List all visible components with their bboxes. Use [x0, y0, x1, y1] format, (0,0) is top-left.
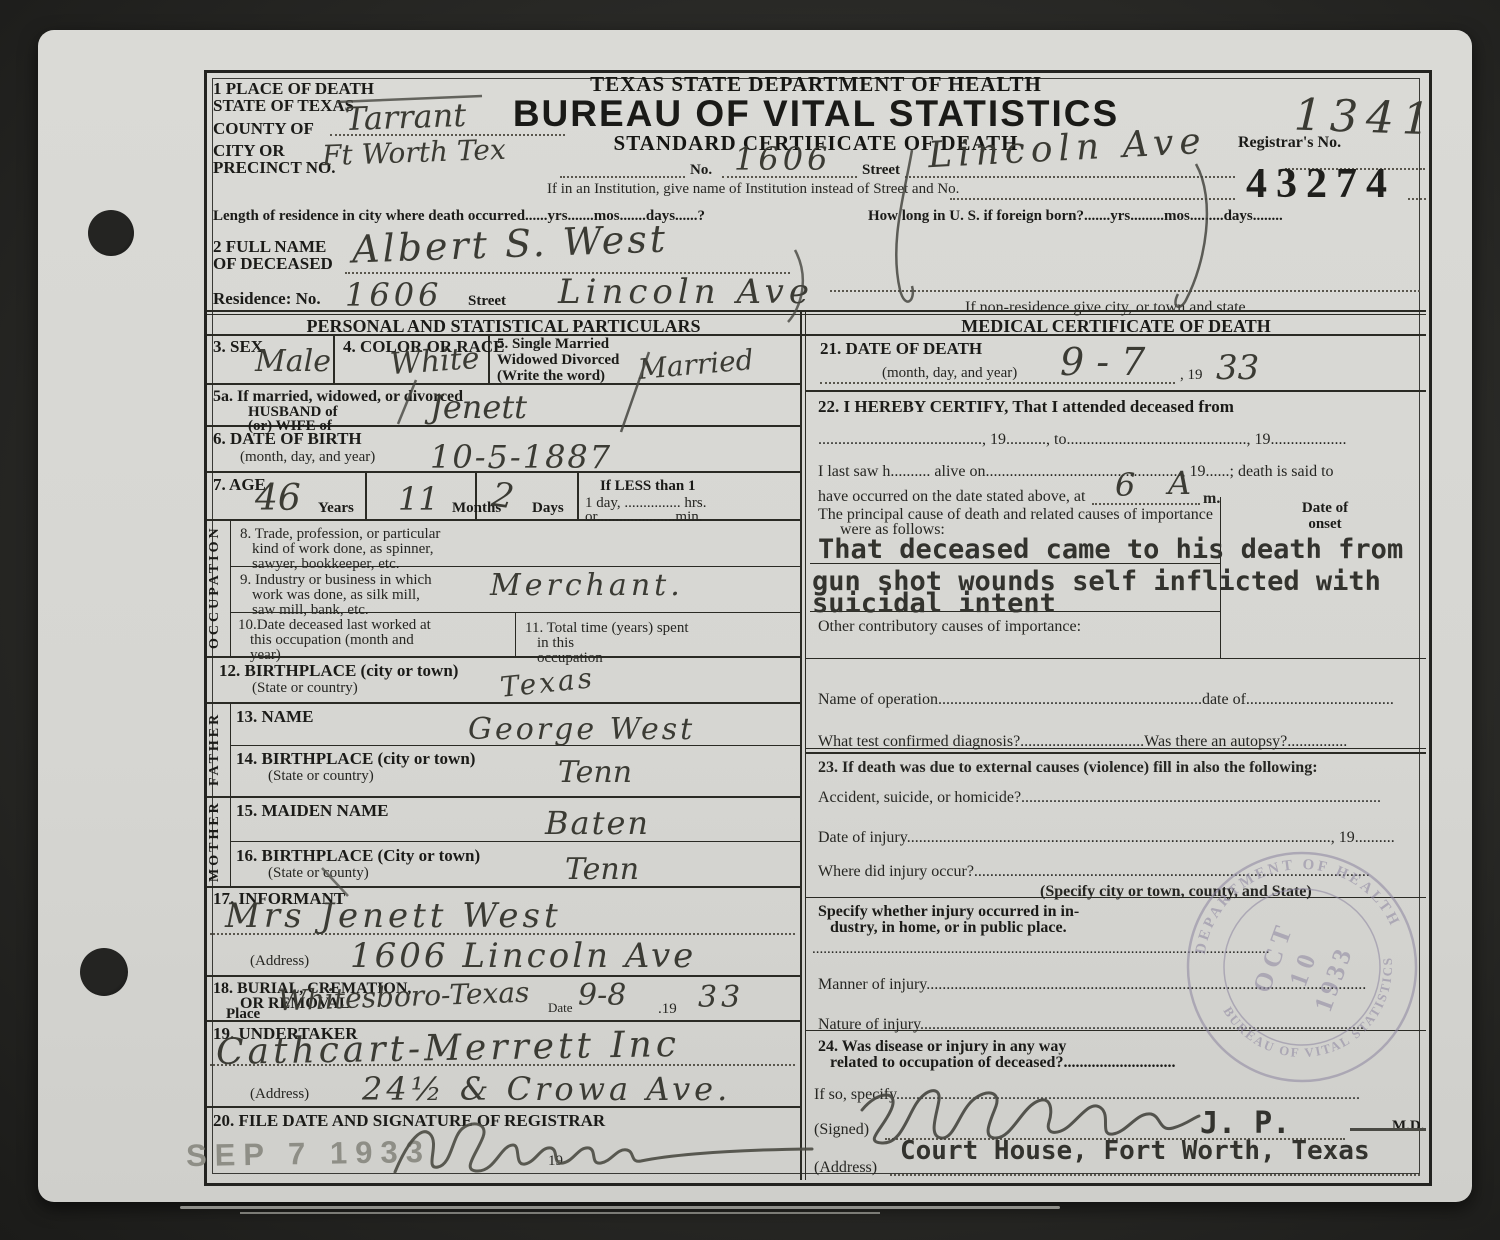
ink-stroke-married [621, 352, 649, 432]
ink-stroke-informant [322, 868, 348, 896]
jp-signature [862, 1091, 1199, 1143]
ink-stroke-5a [398, 380, 416, 424]
received-stamp: DEPARTMENT OF HEALTH BUREAU OF VITAL STA… [1180, 845, 1425, 1090]
scanned-death-certificate: 1 PLACE OF DEATH STATE OF TEXAS TEXAS ST… [0, 0, 1500, 1240]
ink-flourish-residence [788, 250, 803, 322]
ink-flourish-ave [1175, 164, 1206, 307]
stamp-bottom-text: BUREAU OF VITAL STATISTICS [1219, 952, 1417, 1084]
svg-text:BUREAU OF VITAL STATISTICS: BUREAU OF VITAL STATISTICS [1219, 952, 1417, 1084]
ink-flourish-street [896, 150, 913, 302]
ink-stroke-county [336, 96, 482, 102]
